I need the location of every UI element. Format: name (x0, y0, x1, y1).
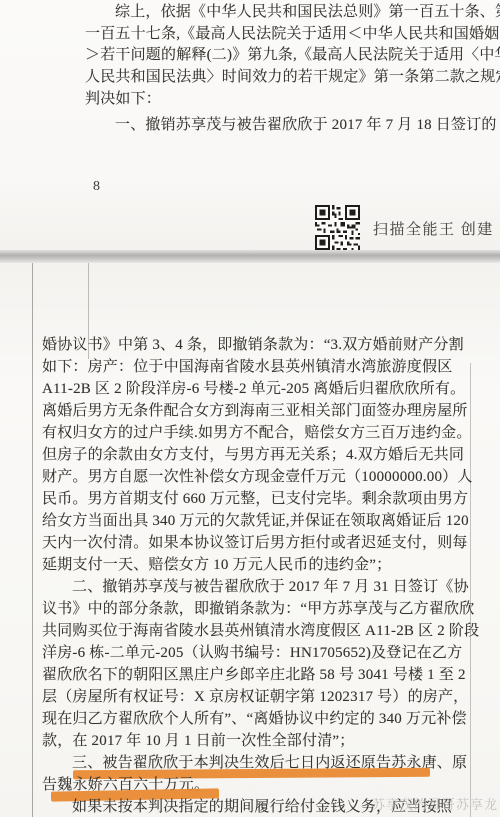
document-line: 洋房-6 栋-二单元-205（认购书编号：HN1705652)及登记在乙方 (42, 642, 466, 664)
qr-code-icon (315, 205, 360, 250)
document-line: 天内一次付清。如果本协议签订后男方拒付或者迟延支付，则每 (42, 532, 466, 554)
page-edge-shadow (0, 250, 500, 263)
document-line: 一、撤销苏享茂与被告翟欣欣于 2017 年 7 月 18 日签订的《离 (85, 115, 497, 137)
document-line: 离婚后男方无条件配合女方到海南三亚相关部门面签办理房屋所 (42, 400, 466, 422)
document-line: 款，在 2017 年 10 月 1 日前一次性全部付清”； (42, 730, 466, 752)
document-line: 民币。男方首期支付 660 万元整，已支付完毕。剩余款项由男方 (42, 488, 466, 510)
judgment-page-8: 综上，依据《中华人民共和国民法总则》第一百五十条、第一百五十七条,《最高人民法院… (0, 0, 500, 250)
page8-text-block: 综上，依据《中华人民共和国民法总则》第一百五十条、第一百五十七条,《最高人民法院… (85, 2, 497, 136)
page9-text-block: 婚协议书》中第 3、4 条，即撤销条款为：“3.双方婚前财产分割如下：房产：位于… (42, 334, 466, 817)
document-line: 现在归乙方翟欣欣个人所有”、“离婚协议中约定的 340 万元补偿 (42, 708, 466, 730)
document-line: 人民共和国民法典〉时间效力的若干规定》第一条第二款之规定， (85, 67, 497, 89)
document-line: 告魏永娇六百六十万元。 (42, 774, 466, 796)
document-line: 二、撤销苏享茂与被告翟欣欣于 2017 年 7 月 31 日签订《协 (42, 576, 466, 598)
document-line: 有权归女方的过户手续.如男方不配合，赔偿女方三百万违约金。 (42, 422, 466, 444)
document-line: 婚协议书》中第 3、4 条，即撤销条款为：“3.双方婚前财产分割 (42, 334, 466, 356)
document-line: ＞若干问题的解释(二)》第九条,《最高人民法院关于适用〈中华 (85, 45, 497, 67)
scanner-app-label: 扫描全能王 创建 (373, 218, 494, 239)
document-line: 如下：房产：位于中国海南省陵水县英州镇清水湾旅游度假区 (42, 356, 466, 378)
scanner-watermark: 扫描全能王 创建 (315, 205, 495, 251)
document-line: 翟欣欣名下的朝阳区黑庄户乡郎辛庄北路 58 号 3041 号楼 1 至 2 (42, 664, 466, 686)
document-line: 延期支付一天、赔偿女方 10 万元人民币的违约金”； (42, 554, 466, 576)
document-line: 但房子的余款由女方支付，与男方再无关系；4.双方婚后无共同 (42, 444, 466, 466)
document-line: A11-2B 区 2 阶段洋房-6 号楼-2 单元-205 离婚后归翟欣欣所有。 (42, 378, 466, 400)
document-line: 层（房屋所有权证号：X 京房权证朝字第 1202317 号）的房产， (42, 686, 466, 708)
document-line: 一百五十七条,《最高人民法院关于适用＜中华人民共和国婚姻法 (85, 24, 497, 46)
weibo-watermark: 苏享茂的哥哥苏享龙 (372, 794, 498, 813)
page-number: 8 (93, 179, 100, 195)
judgment-page-9: 婚协议书》中第 3、4 条，即撤销条款为：“3.双方婚前财产分割如下：房产：位于… (0, 263, 500, 817)
scanned-judgment-photo: 综上，依据《中华人民共和国民法总则》第一百五十条、第一百五十七条,《最高人民法院… (0, 0, 500, 817)
margin-line-left (32, 263, 33, 817)
document-line: 判决如下： (85, 89, 497, 111)
document-line: 综上，依据《中华人民共和国民法总则》第一百五十条、第 (85, 2, 497, 24)
document-line: 财产。男方自愿一次性补偿女方现金壹仟万元（10000000.00）人 (42, 466, 466, 488)
document-line: 三、被告翟欣欣于本判决生效后七日内返还原告苏永唐、原 (42, 752, 466, 774)
document-line: 给女方当面出具 340 万元的欠款凭证,并保证在领取离婚证后 120 (42, 510, 466, 532)
document-line: 议书》中的部分条款，即撤销条款为：“甲方苏享茂与乙方翟欣欣 (42, 598, 466, 620)
document-line: 共同购买位于海南省陵水县英州镇清水湾度假区 A11-2B 区 2 阶段 (42, 620, 466, 642)
